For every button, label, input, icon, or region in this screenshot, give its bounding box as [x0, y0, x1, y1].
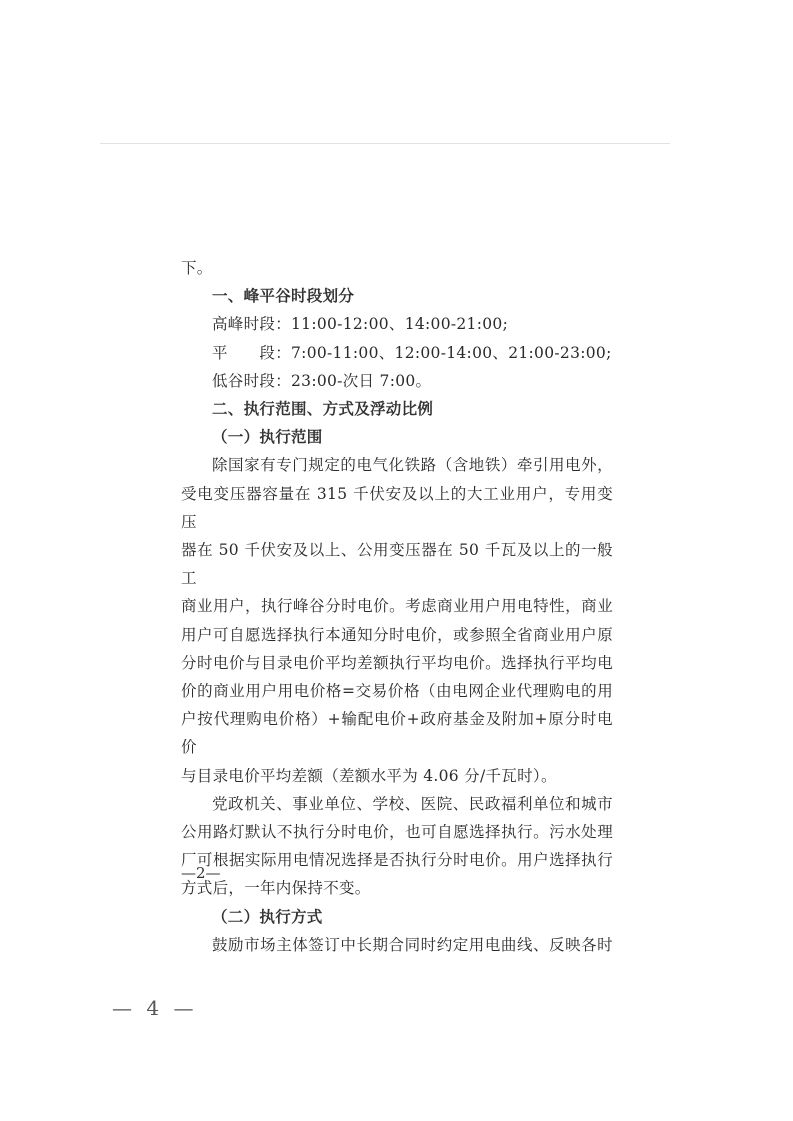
period-label: 高峰时段： — [212, 315, 291, 333]
paragraph-line: 分时电价与目录电价平均差额执行平均电价。选择执行平均电 — [181, 649, 613, 677]
paragraph-line: 用户可自愿选择执行本通知分时电价，或参照全省商业用户原 — [181, 621, 613, 649]
paragraph-line: 户按代理购电价格）+输配电价+政府基金及附加+原分时电价 — [181, 705, 613, 761]
period-valley: 低谷时段：23:00-次日 7:00。 — [181, 367, 613, 395]
subsection1-heading: （一）执行范围 — [181, 423, 613, 451]
document-body: 下。 一、峰平谷时段划分 高峰时段：11:00-12:00、14:00-21:0… — [181, 254, 613, 959]
paragraph-line: 公用路灯默认不执行分时电价，也可自愿选择执行。污水处理 — [181, 818, 613, 846]
period-flat: 平 段：7:00-11:00、12:00-14:00、21:00-23:00; — [181, 339, 613, 367]
section2-heading: 二、执行范围、方式及浮动比例 — [181, 395, 613, 423]
paragraph-line: 鼓励市场主体签订中长期合同时约定用电曲线、反映各时 — [181, 931, 613, 959]
paragraph-line: 厂可根据实际用电情况选择是否执行分时电价。用户选择执行 — [181, 846, 613, 874]
paragraph-line: 受电变压器容量在 315 千伏安及以上的大工业用户，专用变压 — [181, 480, 613, 536]
paragraph-line: 价的商业用户用电价格=交易价格（由电网企业代理购电的用 — [181, 677, 613, 705]
scan-border-line — [100, 143, 670, 144]
period-peak: 高峰时段：11:00-12:00、14:00-21:00; — [181, 310, 613, 338]
paragraph-line: 商业用户，执行峰谷分时电价。考虑商业用户用电特性，商业 — [181, 592, 613, 620]
paragraph-line: 器在 50 千伏安及以上、公用变压器在 50 千瓦及以上的一般工 — [181, 536, 613, 592]
paragraph-line: 党政机关、事业单位、学校、医院、民政福利单位和城市 — [181, 790, 613, 818]
period-label: 低谷时段： — [212, 372, 291, 390]
paragraph-line: 与目录电价平均差额（差额水平为 4.06 分/千瓦时）。 — [181, 762, 613, 790]
continuation-text: 下。 — [181, 254, 613, 282]
inner-page-number: —2— — [181, 864, 221, 882]
period-value: 23:00-次日 7:00。 — [291, 372, 431, 390]
period-value: 7:00-11:00、12:00-14:00、21:00-23:00; — [291, 344, 612, 362]
period-value: 11:00-12:00、14:00-21:00; — [291, 315, 508, 333]
paragraph-line: 除国家有专门规定的电气化铁路（含地铁）牵引用电外， — [181, 451, 613, 479]
section1-heading: 一、峰平谷时段划分 — [181, 282, 613, 310]
period-label: 平 段： — [212, 344, 291, 362]
paragraph-line: 方式后，一年内保持不变。 — [181, 874, 613, 902]
subsection2-heading: （二）执行方式 — [181, 903, 613, 931]
outer-page-number: — 4 — — [112, 996, 197, 1020]
